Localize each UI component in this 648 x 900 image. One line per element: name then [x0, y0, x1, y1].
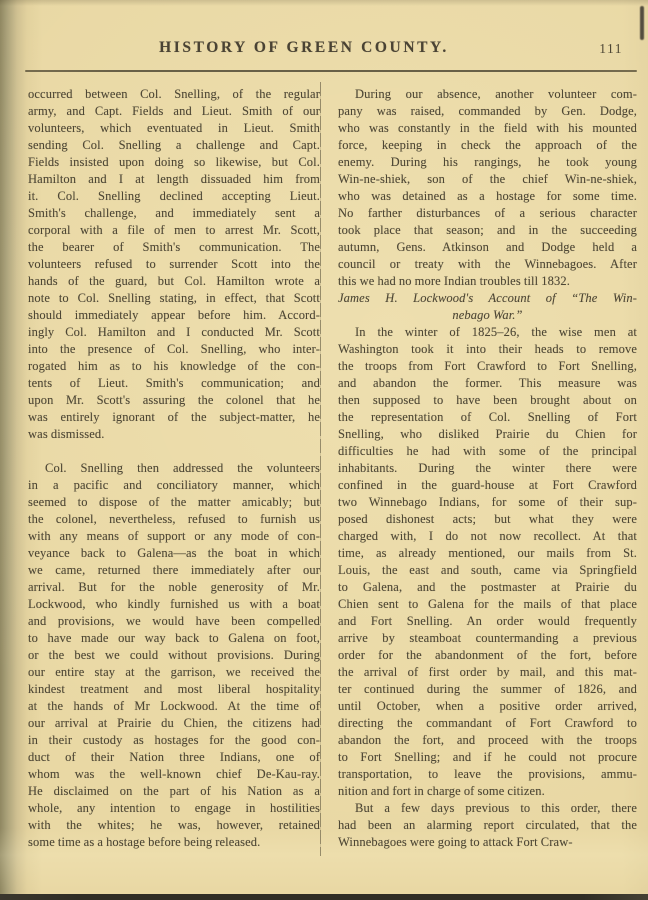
column-divider-rule [320, 82, 321, 856]
text-line: our arrival at Prairie du Chien, the cit… [28, 715, 320, 732]
text-line: with the whites; he was, however, retain… [28, 817, 320, 834]
header-rule [25, 70, 637, 72]
text-line: corporal with a file of men to arrest Mr… [28, 222, 320, 239]
text-line: time, as already mentioned, our mails fr… [338, 545, 637, 562]
text-line: volunteers refused to surrender Scott in… [28, 256, 320, 273]
text-line: Win-ne-shiek, son of the chief Win-ne-sh… [338, 171, 637, 188]
scan-bottom-edge [0, 894, 648, 900]
paragraph: occurred between Col. Snelling, of the r… [28, 86, 320, 443]
running-head-title: HISTORY OF GREEN COUNTY. [0, 39, 608, 57]
page-number: 111 [599, 41, 623, 57]
text-line: took place that season; and in the succe… [338, 222, 637, 239]
text-line: who was detained as a hostage for some t… [338, 188, 637, 205]
text-line: abandon the fort, and proceed with the t… [338, 732, 637, 749]
paragraph: During our absence, another volunteer co… [338, 86, 637, 290]
text-line: duct of their Nation three Indians, one … [28, 749, 320, 766]
text-line: Smith's challenge, and immediately sent … [28, 205, 320, 222]
text-line: Washington took it into their heads to r… [338, 341, 637, 358]
text-line: and provisions, we would have been compe… [28, 613, 320, 630]
text-line: arrival. But for the noble generosity of… [28, 579, 320, 596]
text-line: army, and Capt. Fields and Lieut. Smith … [28, 103, 320, 120]
text-line: Snelling, who disliked Prairie du Chien … [338, 426, 637, 443]
text-line: transportation, to leave the provisions,… [338, 766, 637, 783]
text-line: sending Col. Snelling a challenge and Ca… [28, 137, 320, 154]
text-line: order for the abandonment of the fort, b… [338, 647, 637, 664]
text-line: to Fort Snelling; and if he could not pr… [338, 749, 637, 766]
text-line: During our absence, another volunteer co… [338, 86, 637, 103]
text-line: Lockwood, who kindly furnished us with a… [28, 596, 320, 613]
text-line: Chien sent to Galena for the mails of th… [338, 596, 637, 613]
text-line: or the best we could without provisions.… [28, 647, 320, 664]
text-line: to have made our way back to Galena on f… [28, 630, 320, 647]
text-line: whole, any intention to engage in hostil… [28, 800, 320, 817]
text-line: in a pacific and conciliatory manner, wh… [28, 477, 320, 494]
text-line: upon Mr. Scott's assuring the colonel th… [28, 392, 320, 409]
text-line: veyance back to Galena—as the boat in wh… [28, 545, 320, 562]
heading-line: James H. Lockwood's Account of “The Win- [338, 290, 637, 307]
right-column: During our absence, another volunteer co… [338, 86, 637, 851]
text-line: we came, returned there immediately afte… [28, 562, 320, 579]
text-line: Col. Snelling then addressed the volunte… [28, 460, 320, 477]
text-line: nition and fort in charge of some citize… [338, 783, 637, 800]
text-line: confined in the guard-house at Fort Craw… [338, 477, 637, 494]
text-line: arrive by steamboat countermanding a pre… [338, 630, 637, 647]
text-line: had been an alarming report circulated, … [338, 817, 637, 834]
text-line: the bearer of Smith's communication. The [28, 239, 320, 256]
text-line: seemed to dispose of the matter amicably… [28, 494, 320, 511]
text-line: volunteers, which eventuated in Lieut. S… [28, 120, 320, 137]
text-line: with any means of support or any mode of… [28, 528, 320, 545]
text-line: the colonel, nevertheless, refused to fu… [28, 511, 320, 528]
text-line: directing the commandant of Fort Crawfor… [338, 715, 637, 732]
text-line: it. Col. Snelling declined accepting Lie… [28, 188, 320, 205]
text-line: and Fort Snelling. An order would freque… [338, 613, 637, 630]
text-line: inhabitants. During the winter there wer… [338, 460, 637, 477]
text-line: to Galena, and the postmaster at Prairie… [338, 579, 637, 596]
text-line: But a few days previous to this order, t… [338, 800, 637, 817]
text-line: should immediately appear before him. Ac… [28, 307, 320, 324]
text-line: pany was raised, commanded by Gen. Dodge… [338, 103, 637, 120]
text-line: hands of the guard, but Col. Hamilton wr… [28, 273, 320, 290]
text-line: posed dishonest acts; but what they were [338, 511, 637, 528]
paragraph: In the winter of 1825–26, the wise men a… [338, 324, 637, 800]
text-line: into the presence of Col. Snelling, who … [28, 341, 320, 358]
text-line: the arrival of first order by mail, and … [338, 664, 637, 681]
text-line: He disclaimed on the part of his Nation … [28, 783, 320, 800]
text-line: two Winnebago Indians, for some of their… [338, 494, 637, 511]
text-line: some time as a hostage before being rele… [28, 834, 320, 851]
text-line: ingly Col. Hamilton and I conducted Mr. … [28, 324, 320, 341]
text-line: occurred between Col. Snelling, of the r… [28, 86, 320, 103]
text-line: at the hands of Mr Lockwood. At the time… [28, 698, 320, 715]
text-line: Fields insisted upon doing so likewise, … [28, 154, 320, 171]
text-line: our entire stay at the garrison, we rece… [28, 664, 320, 681]
text-line: whom was the well-known chief De-Kau-ray… [28, 766, 320, 783]
text-line: force, keeping in check the approach of … [338, 137, 637, 154]
text-line: Winnebagoes were going to attack Fort Cr… [338, 834, 637, 851]
text-line: kindest treatment and most liberal hospi… [28, 681, 320, 698]
text-line: the troops from Fort Crawford to Fort Sn… [338, 358, 637, 375]
text-line: Hamilton and I at length dissuaded him f… [28, 171, 320, 188]
book-page: HISTORY OF GREEN COUNTY. 111 occurred be… [0, 0, 648, 900]
left-column: occurred between Col. Snelling, of the r… [28, 86, 320, 851]
text-line: enemy. During his rangings, he took youn… [338, 154, 637, 171]
heading-line: nebago War.” [338, 307, 637, 324]
text-line: council or treaty with the Winnebagoes. … [338, 256, 637, 273]
scan-edge-mark [640, 6, 644, 40]
text-line: this we had no more Indian troubles till… [338, 273, 637, 290]
text-line: Louis, the east and south, came via Spri… [338, 562, 637, 579]
section-heading: James H. Lockwood's Account of “The Win-… [338, 290, 637, 324]
text-line: difficulties he had with some of the pri… [338, 443, 637, 460]
text-line: and abandon the former. This measure was [338, 375, 637, 392]
text-line: ter continued during the summer of 1826,… [338, 681, 637, 698]
text-line: who was constantly in the field with his… [338, 120, 637, 137]
text-line: tents of Lieut. Smith's communication; a… [28, 375, 320, 392]
text-line: was entirely ignorant of the subject-mat… [28, 409, 320, 426]
paragraph: Col. Snelling then addressed the volunte… [28, 460, 320, 851]
text-line: rogated him as to his knowledge of the c… [28, 358, 320, 375]
text-line: autumn, Gens. Atkinson and Dodge held a [338, 239, 637, 256]
text-line: No farther disturbances of a serious cha… [338, 205, 637, 222]
text-line: was dismissed. [28, 426, 320, 443]
text-line: note to Col. Snelling stating, in effect… [28, 290, 320, 307]
text-line: then supposed to have been brought about… [338, 392, 637, 409]
text-line: In the winter of 1825–26, the wise men a… [338, 324, 637, 341]
text-line: the representation of Col. Snelling of F… [338, 409, 637, 426]
text-line: charged with, I do not now recollect. At… [338, 528, 637, 545]
text-line: in their custody as hostages for the goo… [28, 732, 320, 749]
text-line: until October, when a positive order arr… [338, 698, 637, 715]
paragraph: But a few days previous to this order, t… [338, 800, 637, 851]
